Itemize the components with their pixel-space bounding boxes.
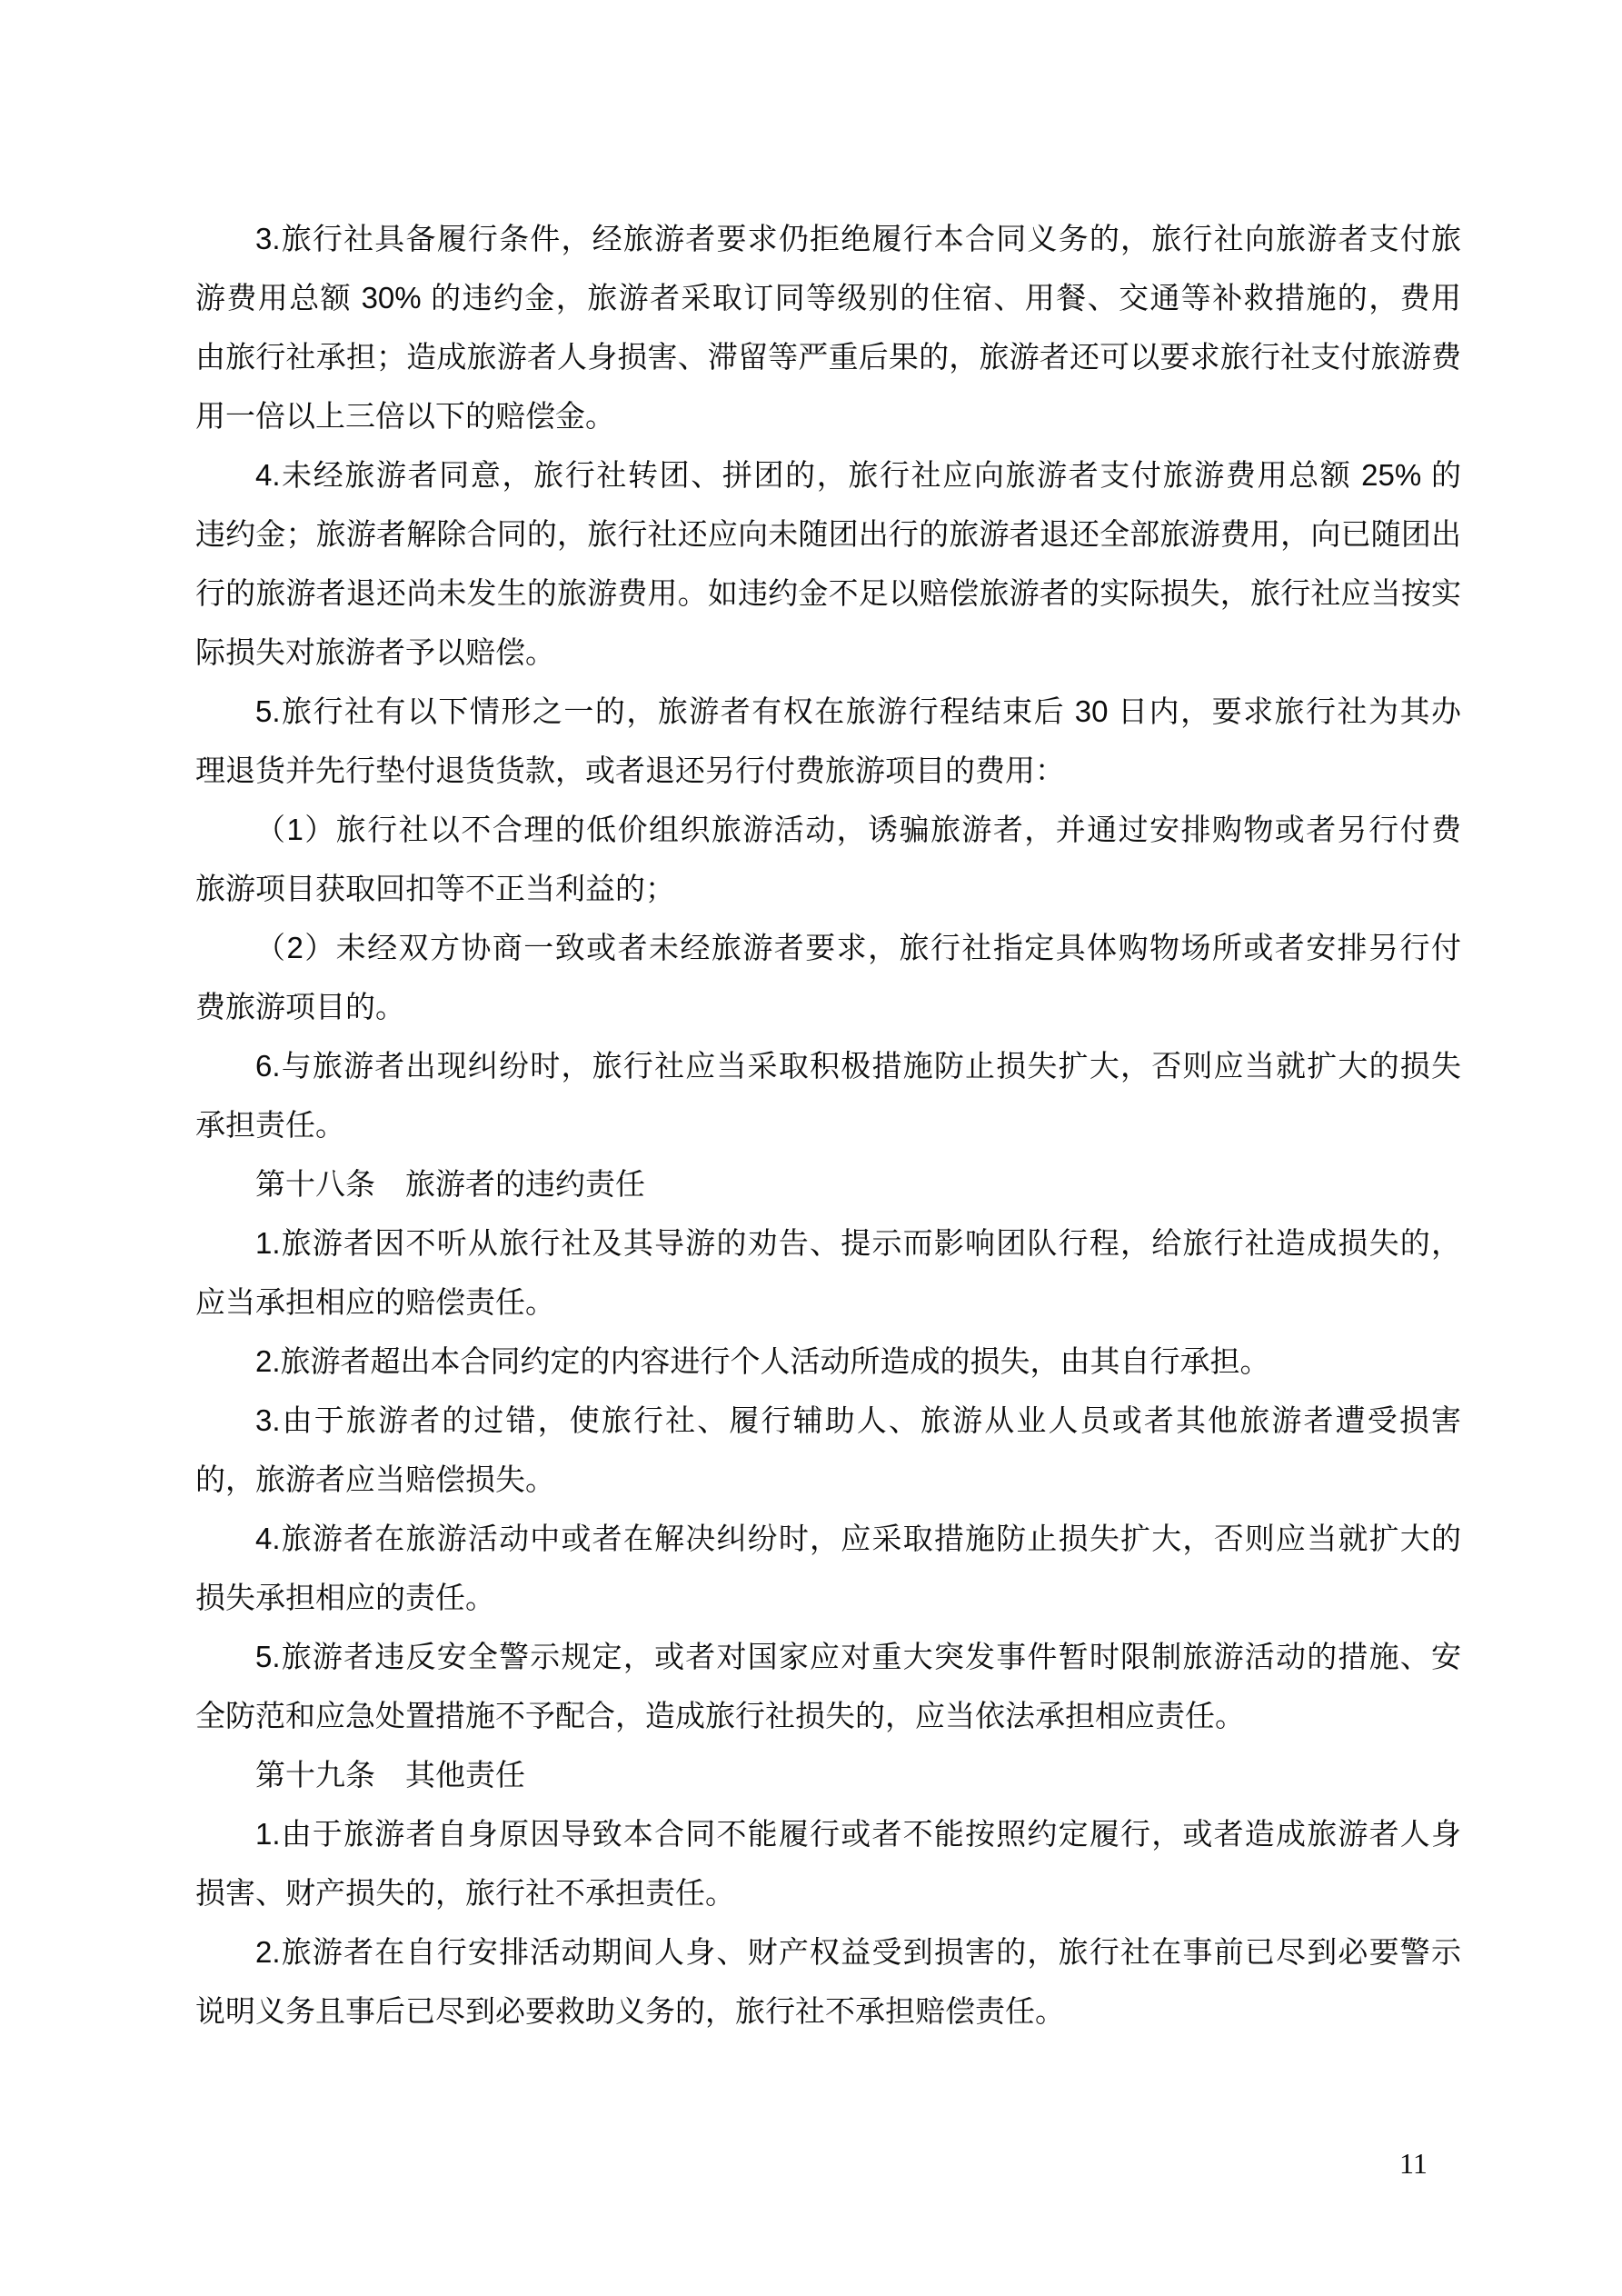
text-line: 应当承担相应的赔偿责任。 <box>195 1273 1461 1332</box>
document-page: 3.旅行社具备履行条件，经旅游者要求仍拒绝履行本合同义务的，旅行社向旅游者支付旅… <box>0 0 1622 2296</box>
text-line: 违约金；旅游者解除合同的，旅行社还应向未随团出行的旅游者退还全部旅游费用，向已随… <box>195 504 1461 564</box>
text-line: 费旅游项目的。 <box>195 977 1461 1036</box>
text-line: 承担责任。 <box>195 1095 1461 1154</box>
text-line: 1.旅游者因不听从旅行社及其导游的劝告、提示而影响团队行程，给旅行社造成损失的， <box>195 1213 1461 1273</box>
text-line: 5.旅游者违反安全警示规定，或者对国家应对重大突发事件暂时限制旅游活动的措施、安 <box>195 1627 1461 1686</box>
page-number: 11 <box>1399 2145 1428 2181</box>
text-line: 2.旅游者超出本合同约定的内容进行个人活动所造成的损失，由其自行承担。 <box>195 1332 1461 1391</box>
text-line: 3.旅行社具备履行条件，经旅游者要求仍拒绝履行本合同义务的，旅行社向旅游者支付旅 <box>195 209 1461 268</box>
text-line: 由旅行社承担；造成旅游者人身损害、滞留等严重后果的，旅游者还可以要求旅行社支付旅… <box>195 327 1461 386</box>
text-line: 全防范和应急处置措施不予配合，造成旅行社损失的，应当依法承担相应责任。 <box>195 1686 1461 1745</box>
text-line: 际损失对旅游者予以赔偿。 <box>195 623 1461 682</box>
text-line: 4.旅游者在旅游活动中或者在解决纠纷时，应采取措施防止损失扩大，否则应当就扩大的 <box>195 1509 1461 1568</box>
text-line: 游费用总额 30% 的违约金，旅游者采取订同等级别的住宿、用餐、交通等补救措施的… <box>195 268 1461 327</box>
text-line: 行的旅游者退还尚未发生的旅游费用。如违约金不足以赔偿旅游者的实际损失，旅行社应当… <box>195 564 1461 623</box>
text-line: 4.未经旅游者同意，旅行社转团、拼团的，旅行社应向旅游者支付旅游费用总额 25%… <box>195 445 1461 504</box>
text-line: 损失承担相应的责任。 <box>195 1568 1461 1627</box>
section-heading: 第十八条 旅游者的违约责任 <box>195 1154 1461 1213</box>
text-line: 5.旅行社有以下情形之一的，旅游者有权在旅游行程结束后 30 日内，要求旅行社为… <box>195 682 1461 741</box>
text-line: 理退货并先行垫付退货货款，或者退还另行付费旅游项目的费用： <box>195 741 1461 800</box>
text-line: 的，旅游者应当赔偿损失。 <box>195 1450 1461 1509</box>
text-line: 说明义务且事后已尽到必要救助义务的，旅行社不承担赔偿责任。 <box>195 1982 1461 2041</box>
text-line: （1）旅行社以不合理的低价组织旅游活动，诱骗旅游者，并通过安排购物或者另行付费 <box>195 800 1461 859</box>
text-line: 用一倍以上三倍以下的赔偿金。 <box>195 386 1461 445</box>
text-line: 3.由于旅游者的过错，使旅行社、履行辅助人、旅游从业人员或者其他旅游者遭受损害 <box>195 1391 1461 1450</box>
text-line: 损害、财产损失的，旅行社不承担责任。 <box>195 1863 1461 1922</box>
text-line: 2.旅游者在自行安排活动期间人身、财产权益受到损害的，旅行社在事前已尽到必要警示 <box>195 1922 1461 1982</box>
section-heading: 第十九条 其他责任 <box>195 1745 1461 1804</box>
text-line: 1.由于旅游者自身原因导致本合同不能履行或者不能按照约定履行，或者造成旅游者人身 <box>195 1804 1461 1863</box>
text-line: 旅游项目获取回扣等不正当利益的； <box>195 859 1461 918</box>
document-body: 3.旅行社具备履行条件，经旅游者要求仍拒绝履行本合同义务的，旅行社向旅游者支付旅… <box>195 209 1461 2041</box>
text-line: 6.与旅游者出现纠纷时，旅行社应当采取积极措施防止损失扩大，否则应当就扩大的损失 <box>195 1036 1461 1095</box>
text-line: （2）未经双方协商一致或者未经旅游者要求，旅行社指定具体购物场所或者安排另行付 <box>195 918 1461 977</box>
